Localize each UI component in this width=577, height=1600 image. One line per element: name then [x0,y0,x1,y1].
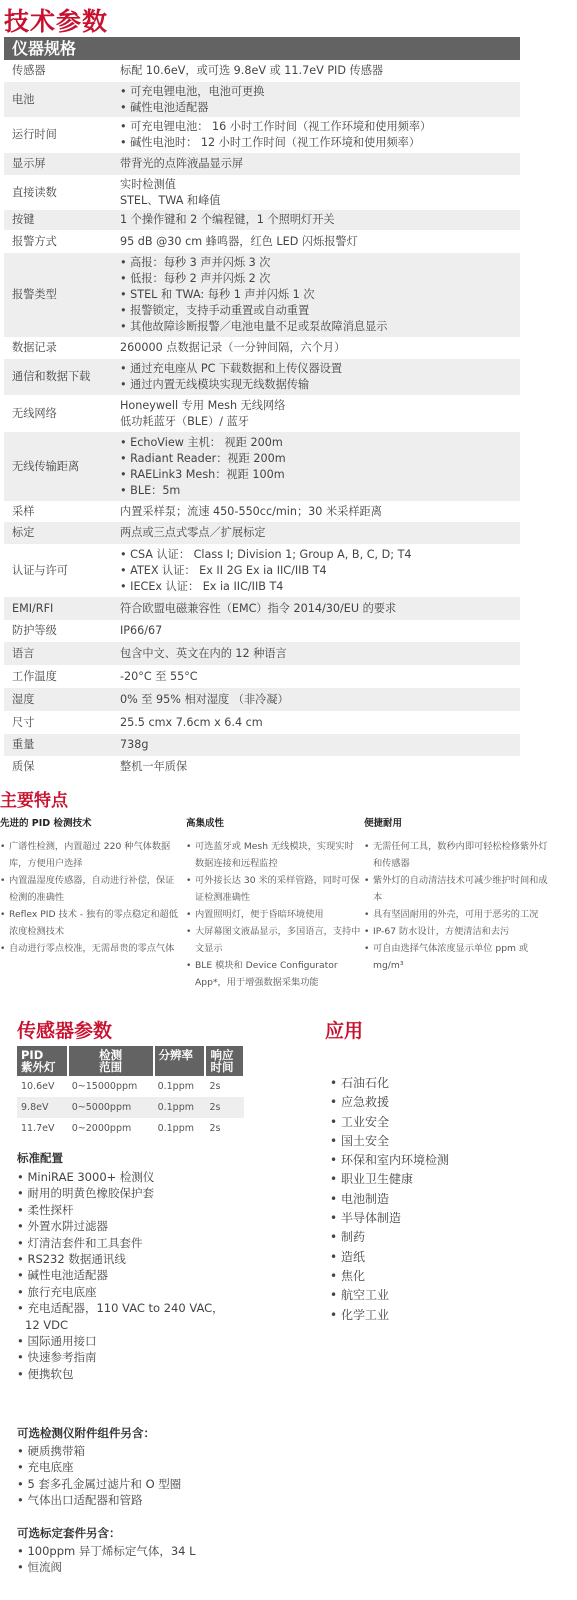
table-row: 11.7eV0~2000ppm0.1ppm2s [17,1118,244,1139]
page-title: 技术参数 [4,2,108,38]
spec-value: 260000 点数据记录（一分钟间隔，六个月） [120,340,520,356]
spec-label: 显示屏 [4,156,120,172]
spec-value: 0% 至 95% 相对湿度 （非冷凝） [120,692,520,708]
spec-label: 语言 [4,646,120,662]
table-cell: 11.7eV [17,1118,68,1139]
spec-row: 采样内置采样泵；流速 450-550cc/min；30 米采样距离 [4,501,520,522]
spec-label: 报警方式 [4,234,120,250]
spec-value-line: • STEL 和 TWA: 每秒 1 声并闪烁 1 次 [120,287,520,303]
spec-label: 通信和数据下载 [4,369,120,385]
list-item: 气体出口适配器和管路 [17,1492,181,1508]
list-item: 柔性探杆 [17,1202,224,1218]
list-item: 焦化 [330,1267,449,1286]
table-cell: 0.1ppm [154,1097,206,1118]
spec-label: 按键 [4,212,120,228]
table-cell: 10.6eV [17,1076,68,1097]
spec-row: 语言包含中文、英文在内的 12 种语言 [4,642,520,665]
spec-value-line: • RAELink3 Mesh：视距 100m [120,467,520,483]
spec-row: 无线网络Honeywell 专用 Mesh 无线网络低功耗蓝牙（BLE）/ 蓝牙 [4,395,520,432]
spec-value: 1 个操作键和 2 个编程键，1 个照明灯开关 [120,212,520,228]
spec-value-line: • 碱性电池时： 12 小时工作时间（视工作环境和使用频率） [120,135,520,151]
spec-value-line: • EchoView 主机： 视距 200m [120,435,520,451]
list-item: 制药 [330,1228,449,1247]
table-cell: 0~15000ppm [68,1076,154,1097]
list-item: 硬质携带箱 [17,1443,181,1459]
feature-column-pid: 先进的 PID 检测技术 广谱性检测，内置超过 220 种气体数据库，方便用户选… [0,815,180,957]
spec-label: 工作温度 [4,669,120,685]
spec-value-line: • 碱性电池适配器 [120,100,520,116]
spec-value-line: 1 个操作键和 2 个编程键，1 个照明灯开关 [120,212,520,228]
spec-value: • EchoView 主机： 视距 200m• Radiant Reader：视… [120,435,520,499]
spec-row: 湿度0% 至 95% 相对湿度 （非冷凝） [4,688,520,711]
spec-row: 直接读数实时检测值STEL、TWA 和峰值 [4,175,520,210]
table-cell: 9.8eV [17,1097,68,1118]
list-item: 航空工业 [330,1286,449,1305]
spec-value-line: 0% 至 95% 相对湿度 （非冷凝） [120,692,520,708]
spec-value-line: • 高报：每秒 3 声并闪烁 3 次 [120,255,520,271]
spec-label: 认证与许可 [4,563,120,579]
list-item: 旅行充电底座 [17,1284,224,1300]
spec-value-line: • 通过内置无线模块实现无线数据传输 [120,377,520,393]
list-item: 内置照明灯，便于昏暗环境使用 [186,906,361,923]
spec-value: • CSA 认证： Class I; Division 1; Group A, … [120,547,520,595]
list-item: 快速参考指南 [17,1349,224,1365]
applications-list: 石油石化应急救援工业安全国土安全环保和室内环境检测职业卫生健康电池制造半导体制造… [330,1074,449,1325]
list-item: 紫外灯的自动清洁技术可减少维护时间和成本 [364,872,550,906]
list-item: MiniRAE 3000+ 检测仪 [17,1169,224,1185]
spec-row: 标定两点或三点式零点／扩展标定 [4,522,520,544]
spec-value-line: 内置采样泵；流速 450-550cc/min；30 米采样距离 [120,504,520,520]
spec-value: 整机一年质保 [120,759,520,775]
table-cell: 2s [205,1076,244,1097]
spec-label: 报警类型 [4,287,120,303]
sensor-table-header-cell: 检测 范围 [68,1046,154,1076]
list-item: 可外接长达 30 米的采样管路，同时可保证检测准确性 [186,872,361,906]
list-item: 半导体制造 [330,1209,449,1228]
table-row: 9.8eV0~5000ppm0.1ppm2s [17,1097,244,1118]
spec-value: 符合欧盟电磁兼容性（EMC）指令 2014/30/EU 的要求 [120,601,520,617]
table-cell: 2s [205,1118,244,1139]
list-item: 职业卫生健康 [330,1170,449,1189]
spec-value: • 高报：每秒 3 声并闪烁 3 次• 低报：每秒 2 声并闪烁 2 次• ST… [120,255,520,335]
sensor-table-header-cell: 响应 时间 [205,1046,244,1076]
spec-value-line: • CSA 认证： Class I; Division 1; Group A, … [120,547,520,563]
spec-row: 重量738g [4,734,520,756]
spec-row: 无线传输距离• EchoView 主机： 视距 200m• Radiant Re… [4,432,520,501]
list-item: 5 套多孔金属过滤片和 O 型圈 [17,1476,181,1492]
list-item: 自动进行零点校准，无需昂贵的零点气体 [0,940,180,957]
spec-row: 认证与许可• CSA 认证： Class I; Division 1; Grou… [4,544,520,597]
list-item: 充电底座 [17,1459,181,1475]
list-item: 便携软包 [17,1366,224,1382]
list-item: Reflex PID 技术 - 独有的零点稳定和超低浓度检测技术 [0,906,180,940]
spec-value-line: 738g [120,737,520,753]
list-item: 具有坚固耐用的外壳，可用于恶劣的工况 [364,906,550,923]
spec-value: IP66/67 [120,623,520,639]
list-item: IP-67 防水设计，方便清洁和去污 [364,923,550,940]
list-item: 可自由选择气体浓度显示单位 ppm 或 mg/m³ [364,940,550,974]
list-item: 广谱性检测，内置超过 220 种气体数据库，方便用户选择 [0,838,180,872]
spec-value: • 可充电锂电池： 16 小时工作时间（视工作环境和使用频率）• 碱性电池时： … [120,119,520,151]
sensor-table-header-cell: 分辨率 [154,1046,206,1076]
spec-value: 标配 10.6eV，或可选 9.8eV 或 11.7eV PID 传感器 [120,63,520,79]
table-cell: 0~2000ppm [68,1118,154,1139]
spec-value: 内置采样泵；流速 450-550cc/min；30 米采样距离 [120,504,520,520]
spec-value-line: • BLE：5m [120,483,520,499]
spec-value: 两点或三点式零点／扩展标定 [120,525,520,541]
spec-row: 尺寸25.5 cmx 7.6cm x 6.4 cm [4,711,520,734]
list-item: BLE 模块和 Device Configurator App*，用于增强数据采… [186,957,361,991]
standard-config-title: 标准配置 [17,1150,63,1166]
list-item: 化学工业 [330,1306,449,1325]
spec-value-line: • Radiant Reader：视距 200m [120,451,520,467]
spec-value-line: 260000 点数据记录（一分钟间隔，六个月） [120,340,520,356]
spec-row: 防护等级IP66/67 [4,620,520,642]
spec-value: 25.5 cmx 7.6cm x 6.4 cm [120,715,520,731]
list-item: 工业安全 [330,1113,449,1132]
spec-row: 报警类型• 高报：每秒 3 声并闪烁 3 次• 低报：每秒 2 声并闪烁 2 次… [4,253,520,337]
list-item: 大屏幕图文液晶显示，多国语言，支持中文显示 [186,923,361,957]
spec-row: EMI/RFI符合欧盟电磁兼容性（EMC）指令 2014/30/EU 的要求 [4,597,520,620]
list-item: 造纸 [330,1248,449,1267]
list-item: 外置水阱过滤器 [17,1218,224,1234]
list-item: 100ppm 异丁烯标定气体，34 L [17,1543,196,1559]
list-item: 石油石化 [330,1074,449,1093]
spec-row: 显示屏带背光的点阵液晶显示屏 [4,153,520,175]
spec-label: 运行时间 [4,127,120,143]
spec-label: 无线网络 [4,406,120,422]
standard-config-list: MiniRAE 3000+ 检测仪耐用的明黄色橡胶保护套柔性探杆外置水阱过滤器灯… [17,1169,224,1382]
list-item: 内置温湿度传感器，自动进行补偿，保证检测的准确性 [0,872,180,906]
spec-value: • 通过充电座从 PC 下载数据和上传仪器设置• 通过内置无线模块实现无线数据传… [120,361,520,393]
optional-calibration-list: 100ppm 异丁烯标定气体，34 L恒流阀 [17,1543,196,1576]
spec-value: 95 dB @30 cm 蜂鸣器，红色 LED 闪烁报警灯 [120,234,520,250]
spec-value: -20°C 至 55°C [120,669,520,685]
spec-value-line: • 可充电锂电池，电池可更换 [120,84,520,100]
table-cell: 0.1ppm [154,1076,206,1097]
spec-value-line: STEL、TWA 和峰值 [120,193,520,209]
sensor-params-table: PID 紫外灯检测 范围分辨率响应 时间 10.6eV0~15000ppm0.1… [17,1046,245,1139]
spec-label: 湿度 [4,692,120,708]
spec-row: 工作温度-20°C 至 55°C [4,665,520,688]
list-item: 可选蓝牙或 Mesh 无线模块，实现实时数据连接和远程监控 [186,838,361,872]
spec-value-line: • 通过充电座从 PC 下载数据和上传仪器设置 [120,361,520,377]
spec-label: EMI/RFI [4,601,120,617]
spec-label: 标定 [4,525,120,541]
spec-row: 报警方式95 dB @30 cm 蜂鸣器，红色 LED 闪烁报警灯 [4,230,520,253]
spec-label: 无线传输距离 [4,459,120,475]
list-item: RS232 数据通讯线 [17,1251,224,1267]
feature-column-integration: 高集成性 可选蓝牙或 Mesh 无线模块，实现实时数据连接和远程监控可外接长达 … [186,815,361,991]
feature-column-title: 先进的 PID 检测技术 [0,815,180,832]
spec-label: 防护等级 [4,623,120,639]
spec-value: 带背光的点阵液晶显示屏 [120,156,520,172]
spec-row: 传感器标配 10.6eV，或可选 9.8eV 或 11.7eV PID 传感器 [4,60,520,82]
list-item: 电池制造 [330,1190,449,1209]
spec-value-line: 25.5 cmx 7.6cm x 6.4 cm [120,715,520,731]
spec-value: • 可充电锂电池，电池可更换• 碱性电池适配器 [120,84,520,116]
spec-label: 直接读数 [4,185,120,201]
spec-row: 质保整机一年质保 [4,756,520,777]
spec-value-line: 两点或三点式零点／扩展标定 [120,525,520,541]
spec-value-line: 低功耗蓝牙（BLE）/ 蓝牙 [120,414,520,430]
table-cell: 2s [205,1097,244,1118]
list-item: 环保和室内环境检测 [330,1151,449,1170]
spec-value-line: • 其他故障诊断报警／电池电量不足或泵故障消息显示 [120,319,520,335]
list-item: 充电适配器，110 VAC to 240 VAC， [17,1300,224,1316]
spec-value-line: -20°C 至 55°C [120,669,520,685]
spec-label: 电池 [4,92,120,108]
spec-row: 通信和数据下载• 通过充电座从 PC 下载数据和上传仪器设置• 通过内置无线模块… [4,359,520,395]
spec-value-line: 符合欧盟电磁兼容性（EMC）指令 2014/30/EU 的要求 [120,601,520,617]
list-item: 灯清洁套件和工具套件 [17,1235,224,1251]
spec-value-line: • 可充电锂电池： 16 小时工作时间（视工作环境和使用频率） [120,119,520,135]
spec-row: 电池• 可充电锂电池，电池可更换• 碱性电池适配器 [4,82,520,117]
spec-label: 传感器 [4,63,120,79]
list-item: 耐用的明黄色橡胶保护套 [17,1185,224,1201]
spec-value-line: • 低报：每秒 2 声并闪烁 2 次 [120,271,520,287]
list-item: 应急救援 [330,1093,449,1112]
spec-value: 包含中文、英文在内的 12 种语言 [120,646,520,662]
spec-value-line: 整机一年质保 [120,759,520,775]
applications-title: 应用 [325,1016,363,1043]
spec-row: 运行时间• 可充电锂电池： 16 小时工作时间（视工作环境和使用频率）• 碱性电… [4,117,520,153]
optional-accessories-list: 硬质携带箱充电底座5 套多孔金属过滤片和 O 型圈气体出口适配器和管路 [17,1443,181,1509]
spec-label: 重量 [4,737,120,753]
table-cell: 0.1ppm [154,1118,206,1139]
list-item: 无需任何工具，数秒内即可轻松检修紫外灯和传感器 [364,838,550,872]
spec-label: 采样 [4,504,120,520]
spec-value: Honeywell 专用 Mesh 无线网络低功耗蓝牙（BLE）/ 蓝牙 [120,398,520,430]
list-item: 碱性电池适配器 [17,1267,224,1283]
spec-value: 738g [120,737,520,753]
optional-calibration-title: 可选标定套件另含： [17,1525,121,1541]
spec-row: 数据记录260000 点数据记录（一分钟间隔，六个月） [4,337,520,359]
spec-value-line: 实时检测值 [120,177,520,193]
spec-label: 数据记录 [4,340,120,356]
spec-value-line: Honeywell 专用 Mesh 无线网络 [120,398,520,414]
list-item: 国土安全 [330,1132,449,1151]
list-item-continuation: 12 VDC [17,1317,224,1333]
features-title: 主要特点 [0,786,68,811]
spec-value-line: 带背光的点阵液晶显示屏 [120,156,520,172]
spec-value-line: IP66/67 [120,623,520,639]
table-cell: 0~5000ppm [68,1097,154,1118]
optional-accessories-title: 可选检测仪附件组件另含： [17,1425,155,1441]
spec-value-line: • IECEx 认证： Ex ia IIC/IIB T4 [120,579,520,595]
sensor-params-title: 传感器参数 [17,1016,112,1043]
list-item: 国际通用接口 [17,1333,224,1349]
feature-column-title: 高集成性 [186,815,361,832]
feature-column-durable: 便捷耐用 无需任何工具，数秒内即可轻松检修紫外灯和传感器紫外灯的自动清洁技术可减… [364,815,550,974]
spec-label: 质保 [4,759,120,775]
spec-label: 尺寸 [4,715,120,731]
spec-value-line: 95 dB @30 cm 蜂鸣器，红色 LED 闪烁报警灯 [120,234,520,250]
list-item: 恒流阀 [17,1559,196,1575]
spec-table: 仪器规格 传感器标配 10.6eV，或可选 9.8eV 或 11.7eV PID… [4,37,520,777]
spec-value-line: • 报警锁定，支持手动重置或自动重置 [120,303,520,319]
spec-value-line: 标配 10.6eV，或可选 9.8eV 或 11.7eV PID 传感器 [120,63,520,79]
feature-column-title: 便捷耐用 [364,815,550,832]
spec-value: 实时检测值STEL、TWA 和峰值 [120,177,520,209]
sensor-table-header-cell: PID 紫外灯 [17,1046,68,1076]
spec-row: 按键1 个操作键和 2 个编程键，1 个照明灯开关 [4,210,520,230]
table-row: 10.6eV0~15000ppm0.1ppm2s [17,1076,244,1097]
spec-table-header: 仪器规格 [4,37,520,60]
spec-value-line: 包含中文、英文在内的 12 种语言 [120,646,520,662]
spec-value-line: • ATEX 认证： Ex II 2G Ex ia IIC/IIB T4 [120,563,520,579]
